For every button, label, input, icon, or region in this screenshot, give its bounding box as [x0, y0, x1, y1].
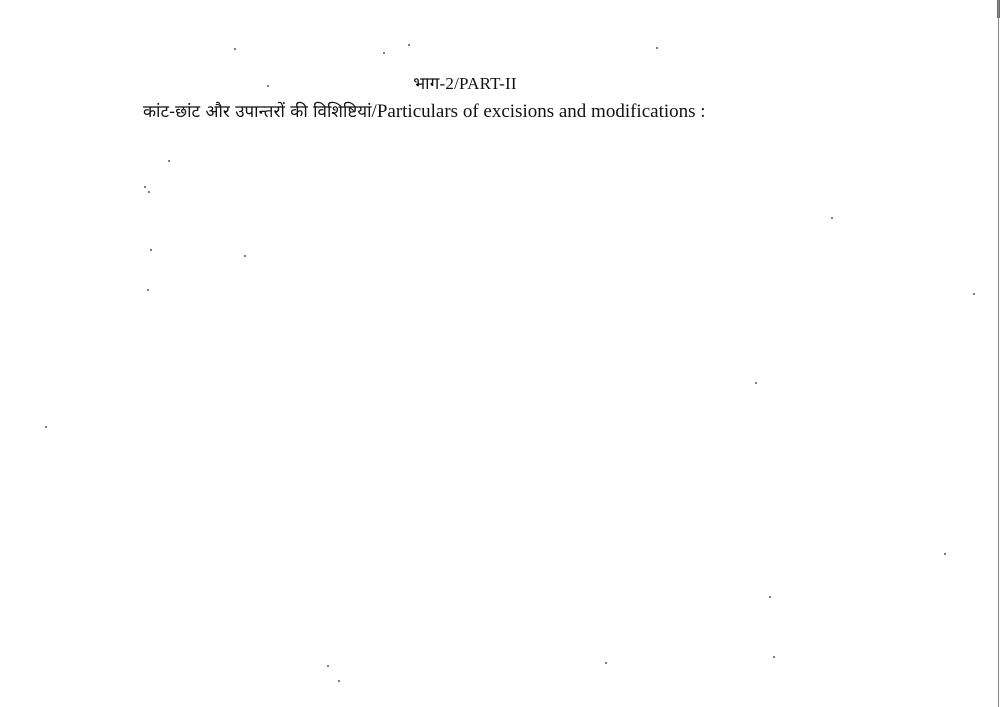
- scan-speck: [755, 382, 757, 384]
- scan-speck: [148, 191, 150, 193]
- scan-speck: [338, 680, 340, 682]
- scan-speck: [244, 255, 246, 257]
- scan-speck: [267, 85, 269, 87]
- scan-speck: [327, 665, 329, 667]
- scan-speck: [234, 48, 236, 50]
- scan-speck: [973, 293, 975, 295]
- scan-speck: [605, 662, 607, 664]
- scan-speck: [773, 656, 775, 658]
- scan-speck: [45, 426, 47, 428]
- section-title-hindi: कांट-छांट और उपान्तरों की विशिष्टियां: [143, 102, 372, 122]
- scan-speck: [147, 289, 149, 291]
- section-title-english: Particulars of excisions and modificatio…: [377, 101, 706, 122]
- scan-speck: [168, 160, 170, 162]
- scan-speck: [150, 249, 152, 251]
- scan-speck: [383, 52, 385, 54]
- scan-speck: [944, 553, 946, 555]
- scan-speck: [144, 186, 146, 188]
- scan-edge-border: [998, 0, 999, 707]
- scan-speck: [408, 44, 410, 46]
- scan-speck: [831, 217, 833, 219]
- scanned-page: भाग-2/PART-II कांट-छांट और उपान्तरों की …: [0, 0, 1000, 707]
- scan-speck: [656, 47, 658, 49]
- section-title: कांट-छांट और उपान्तरों की विशिष्टियां/Pa…: [143, 99, 706, 123]
- scan-speck: [769, 596, 771, 598]
- part-heading: भाग-2/PART-II: [0, 71, 930, 94]
